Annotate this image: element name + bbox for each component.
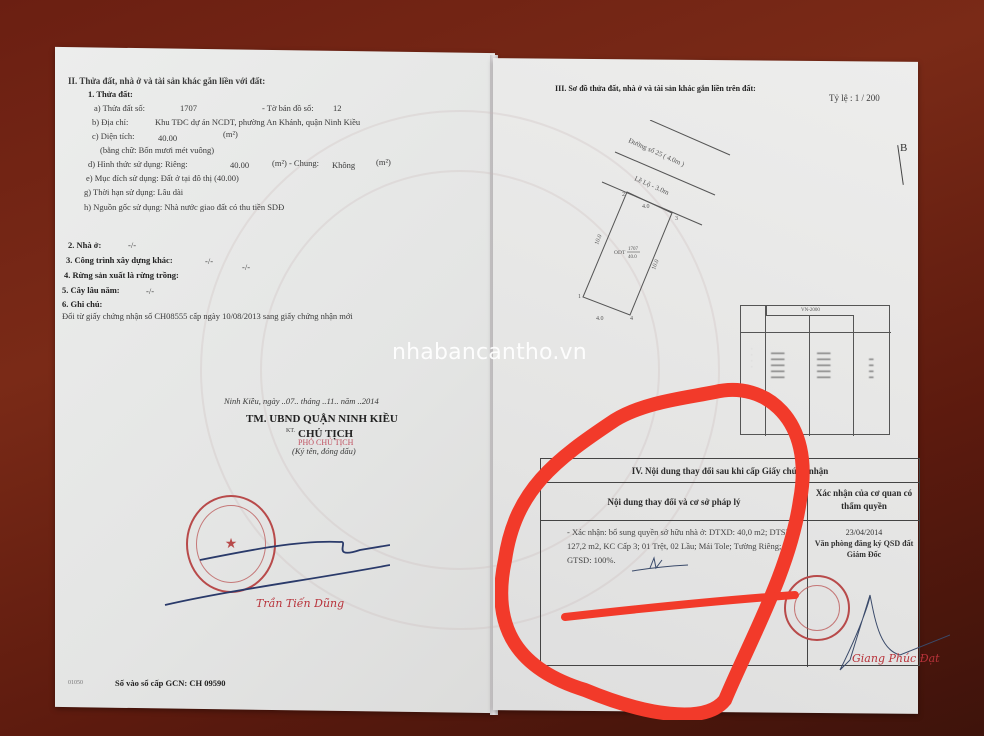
parcel-sketch: Đường số 25 ( 4.0m ) Lề Lộ - 3.0m 4.0 4.…	[570, 120, 750, 330]
sign-note: (Ký tên, đóng dấu)	[292, 446, 356, 456]
corner-label-2: 2	[622, 192, 625, 198]
issuing-authority: TM. UBND QUẬN NINH KIỀU	[246, 413, 398, 425]
house-value: -/-	[128, 240, 136, 250]
registry-number: Số vào sổ cấp GCN: CH 09590	[115, 678, 226, 688]
perennial-value: -/-	[146, 286, 154, 296]
section2-title: II. Thửa đất, nhà ở và tài sản khác gắn …	[68, 76, 265, 86]
land-purpose: e) Mục đích sử dụng: Đất ở tại đô thị (4…	[86, 173, 239, 183]
map-sheet-label: - Tờ bản đồ số:	[262, 103, 314, 113]
parcel-fraction-bottom: 40.0	[628, 255, 637, 260]
dim-bottom: 4.0	[596, 316, 604, 322]
confirm-date: 23/04/2014	[807, 527, 921, 538]
use-form-label: d) Hình thức sử dụng: Riêng:	[88, 159, 188, 169]
road-label: Đường số 25 ( 4.0m )	[627, 137, 686, 169]
director-name: Giang Phúc Đạt	[852, 652, 940, 665]
corner-label-3: 3	[675, 216, 678, 222]
forest-label: 4. Rừng sản xuất là rừng trồng:	[64, 270, 179, 280]
coordinate-table: VN-2000 ···· ▬▬▬▬▬▬▬▬▬▬▬▬▬▬▬ ▬▬▬▬▬▬▬▬▬▬▬…	[740, 305, 890, 435]
map-scale: Tỷ lệ : 1 / 200	[829, 93, 880, 103]
parcel-no: 1707	[180, 103, 197, 113]
sidewalk-label: Lề Lộ - 3.0m	[633, 175, 671, 198]
use-form-unit: (m²) - Chung:	[272, 158, 319, 168]
address: Khu TĐC dự án NCDT, phường An Khánh, quậ…	[155, 117, 360, 127]
confirm-title: Giám Đốc	[807, 549, 921, 560]
section3-title: III. Sơ đồ thửa đất, nhà ở và tài sản kh…	[555, 84, 756, 93]
north-label: B	[900, 142, 907, 154]
confirmation-block: 23/04/2014 Văn phòng đăng ký QSD đất Giá…	[807, 527, 921, 560]
section4-title: IV. Nội dung thay đổi sau khi cấp Giấy c…	[541, 459, 919, 483]
place-date: Ninh Kiều, ngày ..07.. tháng ..11.. năm …	[224, 396, 379, 406]
use-form-unit2: (m²)	[376, 157, 391, 167]
house-label: 2. Nhà ở:	[68, 240, 101, 250]
item1-title: 1. Thửa đất:	[88, 89, 133, 99]
coord-table-header: VN-2000	[766, 306, 854, 316]
confirmation-col-header: Xác nhận của cơ quan có thẩm quyền	[807, 487, 921, 513]
address-label: b) Địa chỉ:	[92, 117, 128, 127]
notes-text: Đổi từ giấy chứng nhận số CH08555 cấp ng…	[62, 311, 353, 321]
site-watermark: nhabancantho.vn	[392, 340, 587, 365]
parcel-fraction-top: 1707	[628, 247, 639, 252]
corner-label-1: 1	[578, 294, 581, 300]
corner-label-4: 4	[630, 316, 633, 322]
star-emblem-icon: ★	[225, 536, 238, 553]
dim-top: 4.0	[642, 204, 650, 210]
use-form-private: 40.00	[230, 160, 249, 170]
perennial-label: 5. Cây lâu năm:	[62, 285, 120, 295]
other-construction-value: -/-	[205, 256, 213, 266]
confirm-office: Văn phòng đăng ký QSD đất	[807, 538, 921, 549]
land-origin: h) Nguồn gốc sử dụng: Nhà nước giao đất …	[84, 202, 284, 212]
area-words: (bằng chữ: Bốn mươi mét vuông)	[100, 145, 214, 155]
notes-label: 6. Ghi chú:	[62, 299, 102, 309]
parcel-label: ODT	[614, 250, 626, 256]
serial-small: 01050	[68, 680, 83, 686]
other-construction-label: 3. Công trình xây dựng khác:	[66, 255, 173, 265]
land-term: g) Thời hạn sử dụng: Lâu dài	[84, 187, 183, 197]
area-value: 40.00	[158, 133, 177, 143]
parcel-no-label: a) Thửa đất số:	[94, 103, 145, 113]
signer-name: Trần Tiến Dũng	[256, 597, 344, 610]
director-signature	[830, 590, 950, 680]
other-construction-value-2: -/-	[242, 262, 250, 272]
area-unit: (m²)	[223, 129, 238, 139]
changes-col-header: Nội dung thay đổi và cơ sở pháp lý	[541, 483, 807, 521]
initial-scribble	[630, 556, 690, 576]
dim-left: 10.0	[594, 234, 603, 246]
kt-prefix: KT.	[286, 428, 295, 434]
map-sheet-no: 12	[333, 103, 342, 113]
area-label: c) Diện tích:	[92, 131, 134, 141]
use-form-shared: Không	[332, 160, 355, 170]
